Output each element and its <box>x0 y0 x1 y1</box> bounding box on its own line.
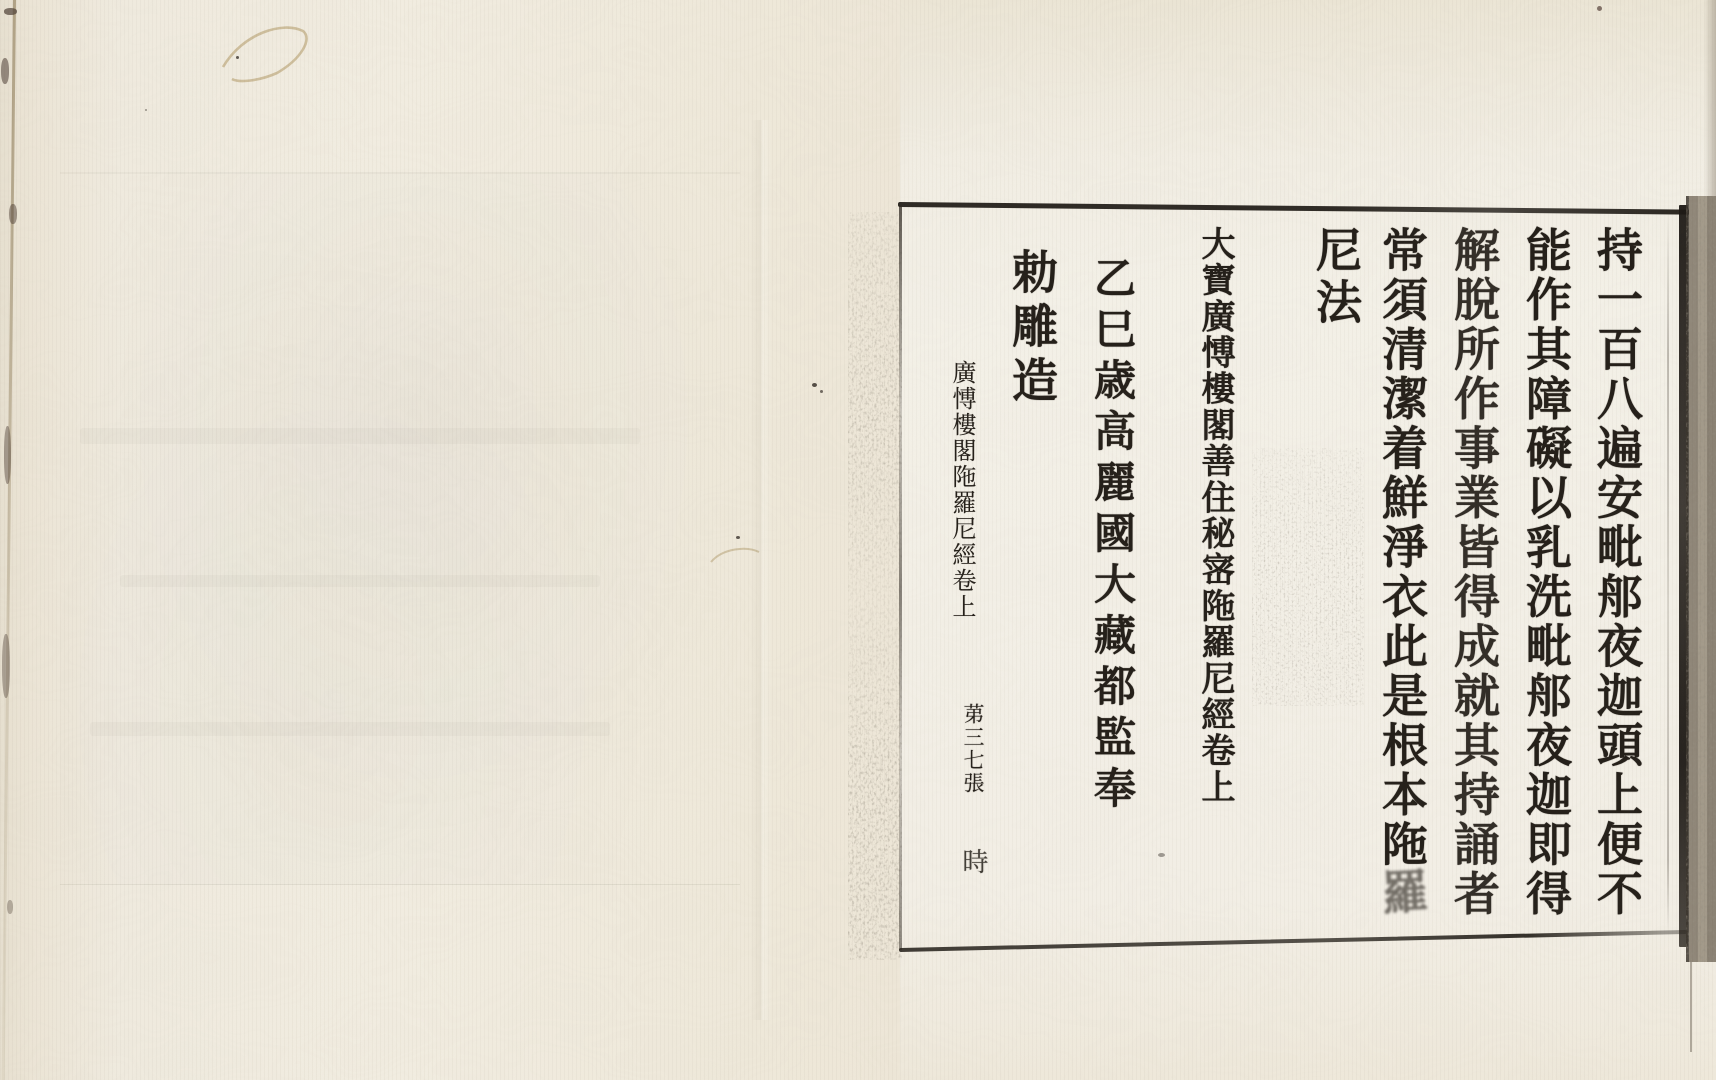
paper-grain-overlay <box>0 0 1716 1080</box>
scanned-page-spread: 持一百八遍安毗郍夜迦頭上便不 能作其障礙以乳洗毗郍夜迦即得 解脫所作事業皆得成就… <box>0 0 1716 1080</box>
